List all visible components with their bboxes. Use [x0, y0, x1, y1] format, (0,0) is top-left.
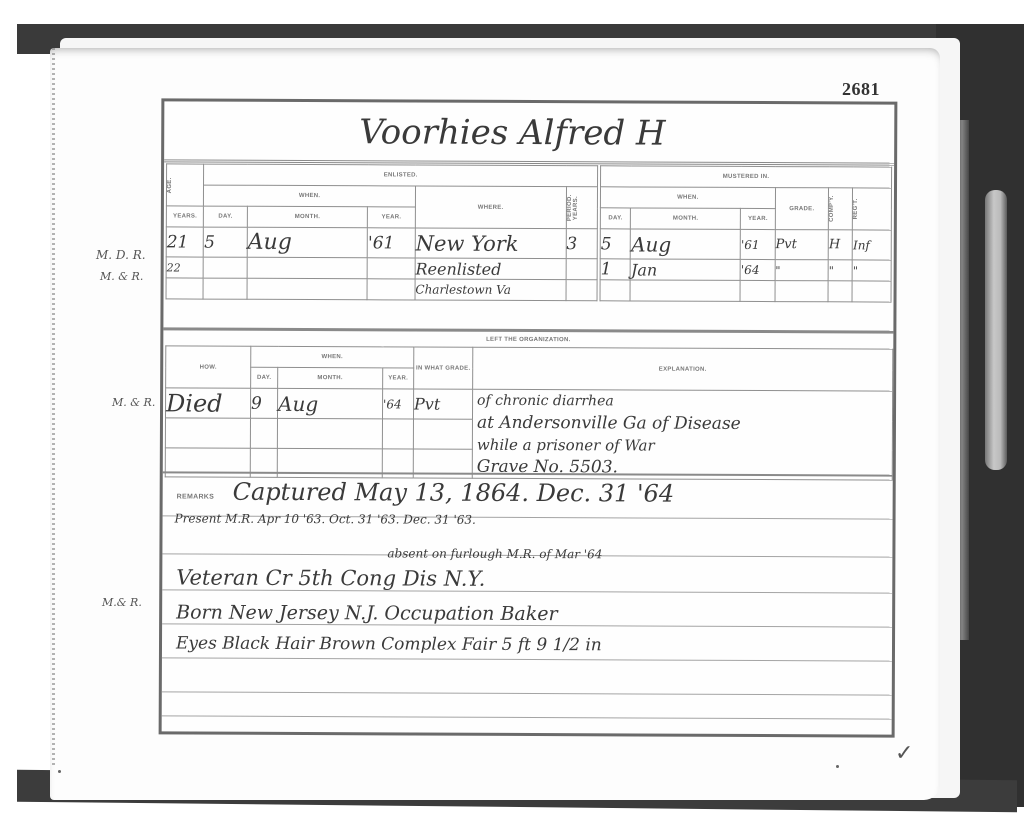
- empty-cell: [165, 418, 250, 448]
- empty-cell: [566, 280, 597, 301]
- background-card-strip-light: [985, 190, 1007, 470]
- mustered-month-reenlist: Jan: [630, 259, 740, 280]
- empty-cell: [277, 419, 382, 449]
- regiment-header-cell: Reg't.: [853, 188, 892, 230]
- mustered-company: H: [828, 230, 852, 260]
- empty-cell: [367, 258, 415, 279]
- company-header-cell: Comp'y.: [828, 188, 852, 230]
- mustered-regiment: Inf: [852, 230, 891, 260]
- left-grade-header: In what grade.: [414, 347, 473, 389]
- left-month: Aug: [277, 388, 382, 419]
- period-header: Period. Years.: [566, 187, 578, 228]
- enlisted-day: 5: [204, 227, 248, 257]
- mustered-day-reenlist: 1: [600, 259, 630, 280]
- mustered-company-ditto: ": [828, 260, 852, 281]
- empty-cell: [630, 280, 740, 301]
- left-explanation-line-3: while a prisoner of War: [473, 434, 892, 458]
- empty-cell: [247, 278, 367, 300]
- ruled-line: [162, 715, 892, 719]
- enlisted-where-place: Charlestown Va: [415, 279, 566, 301]
- mustered-year: '61: [740, 229, 775, 259]
- left-grade: Pvt: [413, 389, 472, 420]
- speck: [58, 770, 61, 773]
- enlisted-where-reenlisted: Reenlisted: [415, 258, 566, 280]
- mustered-grade-ditto: ": [775, 260, 828, 281]
- left-month-header: Month.: [278, 367, 383, 388]
- left-organization-table: How. When. In what grade. Explanation. D…: [165, 345, 894, 480]
- ruled-line: [162, 657, 892, 661]
- ruled-line: [162, 589, 892, 593]
- period-header-cell: Period. Years.: [566, 187, 598, 229]
- enlisted-table: Age. Enlisted. When. Where. Period. Year…: [166, 163, 599, 301]
- enlisted-year-header: Year.: [368, 207, 416, 228]
- left-day: 9: [250, 388, 277, 418]
- speck: [836, 765, 839, 768]
- empty-cell: [600, 280, 630, 301]
- remarks-line-2: Present M.R. Apr 10 '63. Oct. 31 '63. De…: [175, 511, 476, 526]
- enlisted-section-header: Enlisted.: [204, 164, 598, 187]
- empty-cell: [204, 257, 248, 278]
- remarks-line-3: absent on furlough M.R. of Mar '64: [387, 546, 602, 561]
- empty-cell: [250, 419, 277, 448]
- remarks-line-6: Eyes Black Hair Brown Complex Fair 5 ft …: [176, 633, 602, 655]
- enlisted-month-header: Month.: [247, 206, 367, 228]
- remarks-section: Remarks Captured May 13, 1864. Dec. 31 '…: [162, 471, 893, 734]
- card-left-edge: [52, 48, 55, 768]
- margin-note-left-org: M. & R.: [112, 396, 155, 409]
- left-how: Died: [165, 388, 250, 419]
- remarks-line-1: Captured May 13, 1864. Dec. 31 '64: [233, 478, 675, 508]
- left-how-header: How.: [166, 346, 251, 388]
- enlisted-where: New York: [415, 228, 566, 259]
- empty-cell: [166, 278, 204, 299]
- enlisted-age-reenlist: 22: [166, 257, 204, 278]
- remarks-line-4: Veteran Cr 5th Cong Dis N.Y.: [176, 565, 485, 590]
- enlisted-where-header: Where.: [415, 186, 566, 229]
- left-explanation-header: Explanation.: [473, 347, 893, 391]
- mustered-year-header: Year.: [741, 208, 776, 229]
- left-year-header: Year.: [383, 368, 414, 389]
- card-number: 2681: [842, 79, 880, 100]
- empty-cell: [740, 280, 775, 301]
- mustered-day: 5: [600, 229, 630, 259]
- mustered-year-reenlist: '64: [740, 259, 775, 280]
- mustered-grade: Pvt: [775, 230, 829, 260]
- age-header-cell: Age.: [166, 164, 204, 206]
- margin-note-veteran: M.& R.: [102, 596, 142, 609]
- mustered-month-header: Month.: [631, 208, 741, 229]
- left-year: '64: [382, 389, 413, 419]
- mustered-month: Aug: [631, 229, 741, 259]
- left-day-header: Day.: [251, 367, 278, 388]
- soldier-name: Voorhies Alfred H: [359, 112, 666, 153]
- enlisted-age: 21: [166, 227, 204, 257]
- remarks-label: Remarks: [177, 493, 215, 500]
- company-header: Comp'y.: [829, 196, 835, 223]
- left-explanation-line-2: at Andersonville Ga of Disease: [473, 412, 892, 436]
- enlisted-when-header: When.: [204, 185, 416, 207]
- empty-cell: [203, 278, 247, 299]
- regiment-header: Reg't.: [853, 198, 859, 219]
- mustered-section-header: Mustered In.: [601, 166, 892, 188]
- age-header: Age.: [167, 177, 173, 193]
- empty-cell: [413, 419, 472, 449]
- age-years-header: Years.: [166, 206, 204, 227]
- empty-cell: [382, 419, 413, 448]
- name-row: Voorhies Alfred H: [164, 101, 894, 165]
- margin-note-enlisted-row1: M. D. R.: [96, 248, 146, 262]
- margin-note-enlisted-row2: M. & R.: [100, 270, 143, 283]
- mustered-day-header: Day.: [600, 208, 630, 229]
- empty-cell: [367, 279, 415, 300]
- enlisted-day-header: Day.: [204, 206, 248, 227]
- mustered-table: Mustered In. When. Grade. Comp'y. Reg't.…: [600, 165, 893, 302]
- enlisted-month: Aug: [247, 227, 368, 258]
- empty-cell: [852, 281, 891, 302]
- empty-cell: [247, 257, 367, 279]
- empty-cell: [775, 281, 828, 302]
- mustered-when-header: When.: [600, 187, 775, 209]
- empty-cell: [566, 259, 597, 280]
- enlisted-period: 3: [566, 229, 598, 259]
- checkmark-icon: ✓: [895, 740, 913, 766]
- left-when-header: When.: [251, 346, 414, 368]
- left-explanation-line-1: of chronic diarrhea: [473, 390, 892, 414]
- mustered-regiment-ditto: ": [852, 260, 891, 281]
- left-explanation-cell: of chronic diarrhea at Andersonville Ga …: [472, 389, 892, 480]
- ruled-line: [162, 691, 892, 695]
- mustered-grade-header: Grade.: [775, 188, 829, 230]
- empty-cell: [828, 281, 852, 302]
- enlisted-year: '61: [368, 228, 416, 258]
- record-form-frame: Voorhies Alfred H Age. Enlisted. When. W…: [159, 98, 898, 737]
- remarks-line-5: Born New Jersey N.J. Occupation Baker: [176, 601, 558, 625]
